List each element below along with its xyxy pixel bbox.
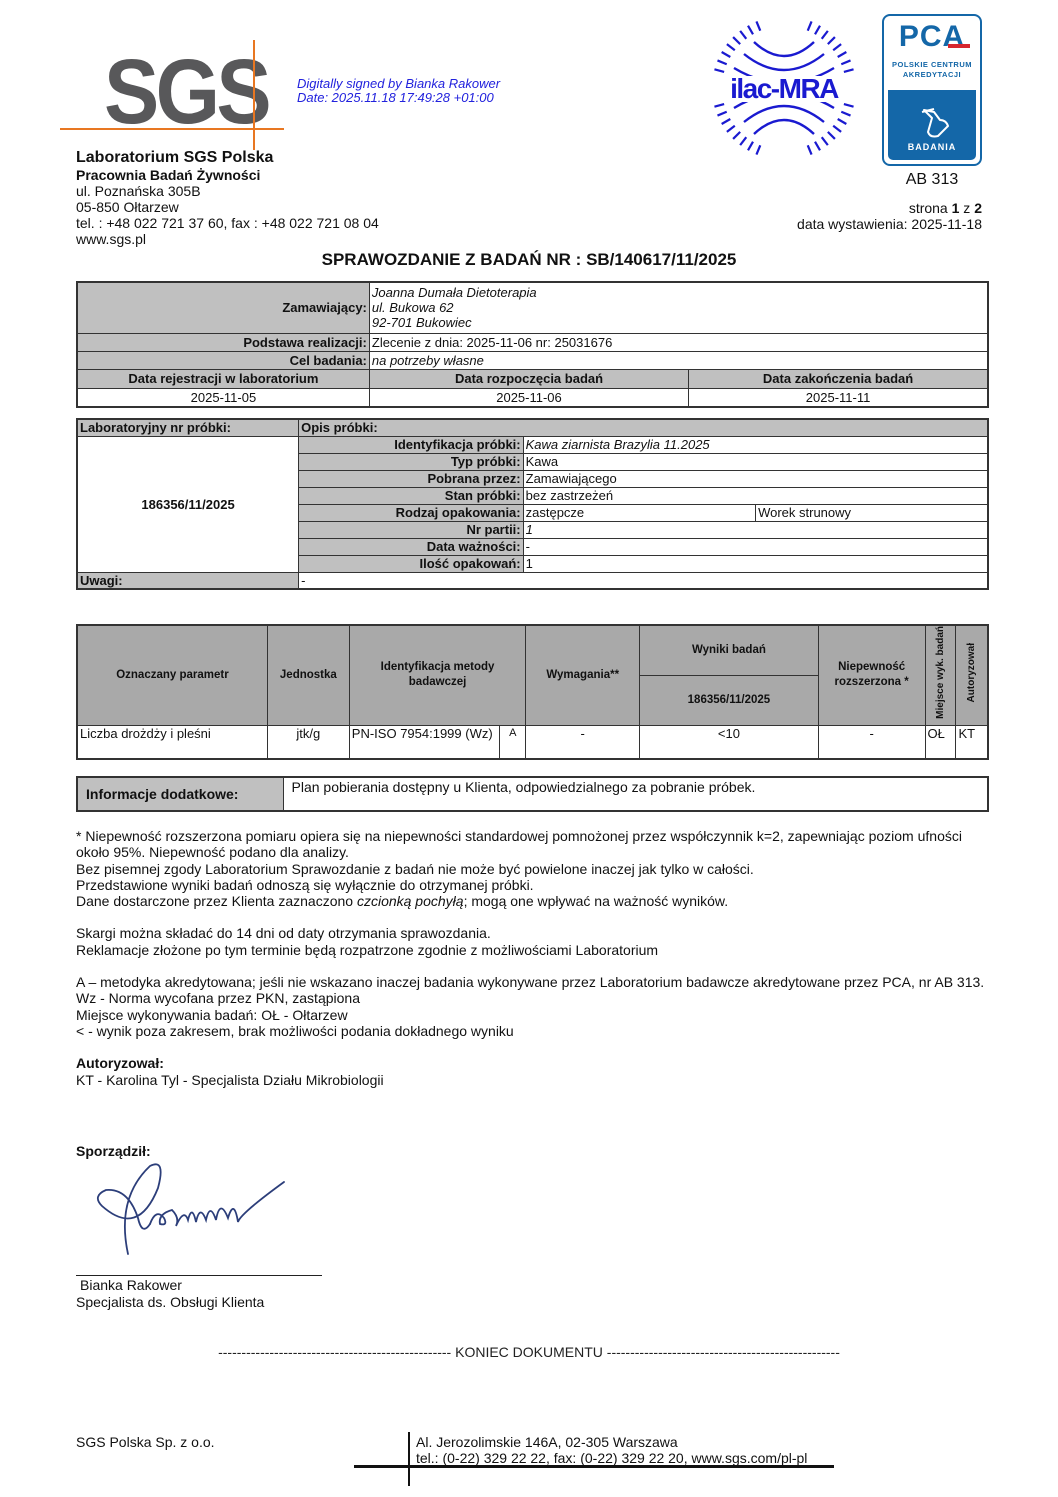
issue-date: data wystawienia: 2025-11-18 [797, 216, 982, 232]
lab-sample-no-label: Laboratoryjny nr próbki: [77, 419, 299, 436]
table-row: Liczba drożdży i pleśni jtk/g PN-ISO 795… [77, 725, 988, 759]
sample-field-value-2: Worek strunowy [756, 504, 988, 521]
sample-field-value: - [523, 538, 988, 555]
lab-sample-no: 186356/11/2025 [77, 436, 299, 572]
header-sample-no: 186356/11/2025 [640, 675, 819, 725]
lab-name: Laboratorium SGS Polska [76, 148, 379, 167]
sample-field-value: Zamawiającego [523, 470, 988, 487]
row-location: OŁ [925, 725, 956, 759]
date-end-header: Data zakończenia badań [689, 369, 988, 388]
complaints-note-1: Skargi można składać do 14 dni od daty o… [76, 925, 991, 941]
logo-orange-vline [253, 40, 255, 150]
results-table: Oznaczany parametr Jednostka Identyfikac… [76, 624, 989, 760]
row-parameter: Liczba drożdży i pleśni [77, 725, 267, 759]
sample-description-label: Opis próbki: [299, 419, 988, 436]
sample-field-label: Rodzaj opakowania: [299, 504, 524, 521]
lab-city: 05-850 Ołtarzew [76, 199, 379, 215]
row-authorized: KT [956, 725, 988, 759]
report-title: SPRAWOZDANIE Z BADAŃ NR : SB/140617/11/2… [0, 250, 1058, 270]
header-authorized-text: Autoryzował [966, 643, 977, 702]
remarks-label: Uwagi: [77, 572, 299, 589]
pca-badania-label: BADANIA [888, 142, 976, 152]
prepared-by-label: Sporządził: [76, 1143, 151, 1159]
header-results: Wyniki badań [640, 625, 819, 675]
purpose-value: na potrzeby własne [369, 351, 988, 369]
header-uncertainty: Niepewność rozszerzona * [818, 625, 925, 725]
additional-info-label: Informacje dodatkowe: [77, 777, 283, 811]
additional-info-table: Informacje dodatkowe: Plan pobierania do… [76, 776, 989, 812]
sgs-logo-text: SGS [104, 46, 268, 138]
notes-section: * Niepewność rozszerzona pomiaru opiera … [76, 828, 991, 1088]
page-total: 2 [974, 200, 982, 216]
pca-title: PCA [884, 20, 980, 54]
date-end-value: 2025-11-11 [689, 388, 988, 407]
ordering-party-label: Zamawiający: [77, 282, 369, 333]
footer-vertical-divider [408, 1432, 410, 1486]
results-note: Przedstawione wyniki badań odnoszą się w… [76, 877, 991, 893]
row-uncertainty: - [818, 725, 925, 759]
digital-signature-line1: Digitally signed by Bianka Rakower [297, 77, 500, 91]
purpose-label: Cel badania: [77, 351, 369, 369]
footer-address: Al. Jerozolimskie 146A, 02-305 Warszawa [416, 1434, 807, 1450]
signer-role: Specjalista ds. Obsługi Klienta [76, 1294, 264, 1311]
row-accreditation: A [500, 725, 526, 759]
legend-location: Miejsce wykonywania badań: OŁ - Ołtarzew [76, 1007, 991, 1023]
sample-field-value: 1 [523, 555, 988, 572]
legend-withdrawn: Wz - Norma wycofana przez PKN, zastąpion… [76, 990, 991, 1006]
ordering-party-name: Joanna Dumała Dietoterapia [372, 285, 985, 300]
sample-field-value: zastępcze [523, 504, 755, 521]
uncertainty-note: * Niepewność rozszerzona pomiaru opiera … [76, 828, 991, 861]
row-result: <10 [640, 725, 819, 759]
header-method: Identyfikacja metody badawczej [349, 625, 526, 725]
lab-address-block: Laboratorium SGS Polska Pracownia Badań … [76, 148, 379, 247]
basis-label: Podstawa realizacji: [77, 333, 369, 351]
sgs-logo: SGS [60, 40, 290, 150]
logo-orange-hline [60, 128, 284, 130]
legend-out-of-range: < - wynik poza zakresem, brak możliwości… [76, 1023, 991, 1039]
handwritten-signature [88, 1158, 288, 1268]
pca-logo: PCA Polskie Centrum Akredytacji BADANIA [882, 14, 982, 166]
signer-block: Bianka Rakower Specjalista ds. Obsługi K… [76, 1277, 264, 1311]
header-unit: Jednostka [267, 625, 349, 725]
pca-subtitle-line1: Polskie Centrum [884, 60, 980, 70]
ilac-mra-logo: ilac-MRA [710, 14, 858, 162]
footer-address-block: Al. Jerozolimskie 146A, 02-305 Warszawa … [416, 1434, 807, 1466]
lab-department: Pracownia Badań Żywności [76, 167, 379, 183]
header-location-text: Miejsce wyk. badań [935, 626, 946, 719]
digital-signature: Digitally signed by Bianka Rakower Date:… [297, 77, 500, 105]
sample-field-value: Kawa ziarnista Brazylia 11.2025 [523, 436, 988, 453]
pca-blue-panel: BADANIA [888, 90, 976, 160]
sample-field-label: Identyfikacja próbki: [299, 436, 524, 453]
sample-field-label: Stan próbki: [299, 487, 524, 504]
ordering-party-city: 92-701 Bukowiec [372, 315, 985, 330]
sample-field-value: bez zastrzeżeń [523, 487, 988, 504]
page-counter: strona 1 z 2 [797, 200, 982, 216]
sample-field-label: Pobrana przez: [299, 470, 524, 487]
authorized-label: Autoryzował: [76, 1055, 991, 1071]
basis-value: Zlecenie z dnia: 2025-11-06 nr: 25031676 [369, 333, 988, 351]
client-data-prefix: Dane dostarczone przez Klienta zaznaczon… [76, 893, 357, 909]
remarks-value: - [299, 572, 988, 589]
ordering-party-value: Joanna Dumała Dietoterapia ul. Bukowa 62… [369, 282, 988, 333]
ordering-party-street: ul. Bukowa 62 [372, 300, 985, 315]
client-data-note: Dane dostarczone przez Klienta zaznaczon… [76, 893, 991, 909]
sample-field-value: 1 [523, 521, 988, 538]
accreditation-number: AB 313 [882, 171, 982, 189]
page-sep: z [959, 200, 974, 216]
sample-field-label: Ilość opakowań: [299, 555, 524, 572]
pca-red-stripe [948, 44, 970, 48]
sample-field-label: Data ważności: [299, 538, 524, 555]
lab-street: ul. Poznańska 305B [76, 183, 379, 199]
lab-website: www.sgs.pl [76, 231, 379, 247]
signer-name: Bianka Rakower [76, 1277, 264, 1294]
date-start-value: 2025-11-06 [369, 388, 688, 407]
footer-contact: tel.: (0-22) 329 22 22, fax: (0-22) 329 … [416, 1450, 807, 1466]
legend-accredited: A – metodyka akredytowana; jeśli nie wsk… [76, 974, 991, 990]
client-data-italic: czcionką pochyłą [357, 893, 464, 909]
header-location: Miejsce wyk. badań [925, 625, 956, 725]
client-info-table: Zamawiający: Joanna Dumała Dietoterapia … [76, 281, 989, 408]
row-unit: jtk/g [267, 725, 349, 759]
row-requirements: - [526, 725, 640, 759]
complaints-note-2: Reklamacje złożone po tym terminie będą … [76, 942, 991, 958]
copy-note: Bez pisemnej zgody Laboratorium Sprawozd… [76, 861, 991, 877]
row-method: PN-ISO 7954:1999 (Wz) [349, 725, 500, 759]
sample-field-value: Kawa [523, 453, 988, 470]
end-of-document: ----------------------------------------… [0, 1344, 1058, 1360]
pca-subtitle-line2: Akredytacji [884, 70, 980, 80]
header-requirements: Wymagania** [526, 625, 640, 725]
header-parameter: Oznaczany parametr [77, 625, 267, 725]
header-authorized: Autoryzował [956, 625, 988, 725]
signature-line [76, 1275, 322, 1276]
page-info: strona 1 z 2 data wystawienia: 2025-11-1… [797, 200, 982, 232]
sample-info-table: Laboratoryjny nr próbki: Opis próbki: 18… [76, 418, 989, 590]
client-data-suffix: ; mogą one wpływać na ważność wyników. [464, 893, 729, 909]
ilac-text: ilac-MRA [730, 73, 839, 104]
pca-subtitle: Polskie Centrum Akredytacji [884, 60, 980, 80]
flask-icon [914, 104, 954, 144]
digital-signature-date: Date: 2025.11.18 17:49:28 +01:00 [297, 91, 500, 105]
additional-info-value: Plan pobierania dostępny u Klienta, odpo… [283, 777, 988, 811]
sample-field-label: Typ próbki: [299, 453, 524, 470]
date-registration-value: 2025-11-05 [77, 388, 369, 407]
authorized-value: KT - Karolina Tyl - Specjalista Działu M… [76, 1072, 991, 1088]
sample-field-label: Nr partii: [299, 521, 524, 538]
footer-company: SGS Polska Sp. z o.o. [76, 1434, 215, 1450]
date-start-header: Data rozpoczęcia badań [369, 369, 688, 388]
lab-contact: tel. : +48 022 721 37 60, fax : +48 022 … [76, 215, 379, 231]
page-prefix: strona [909, 200, 952, 216]
date-registration-header: Data rejestracji w laboratorium [77, 369, 369, 388]
